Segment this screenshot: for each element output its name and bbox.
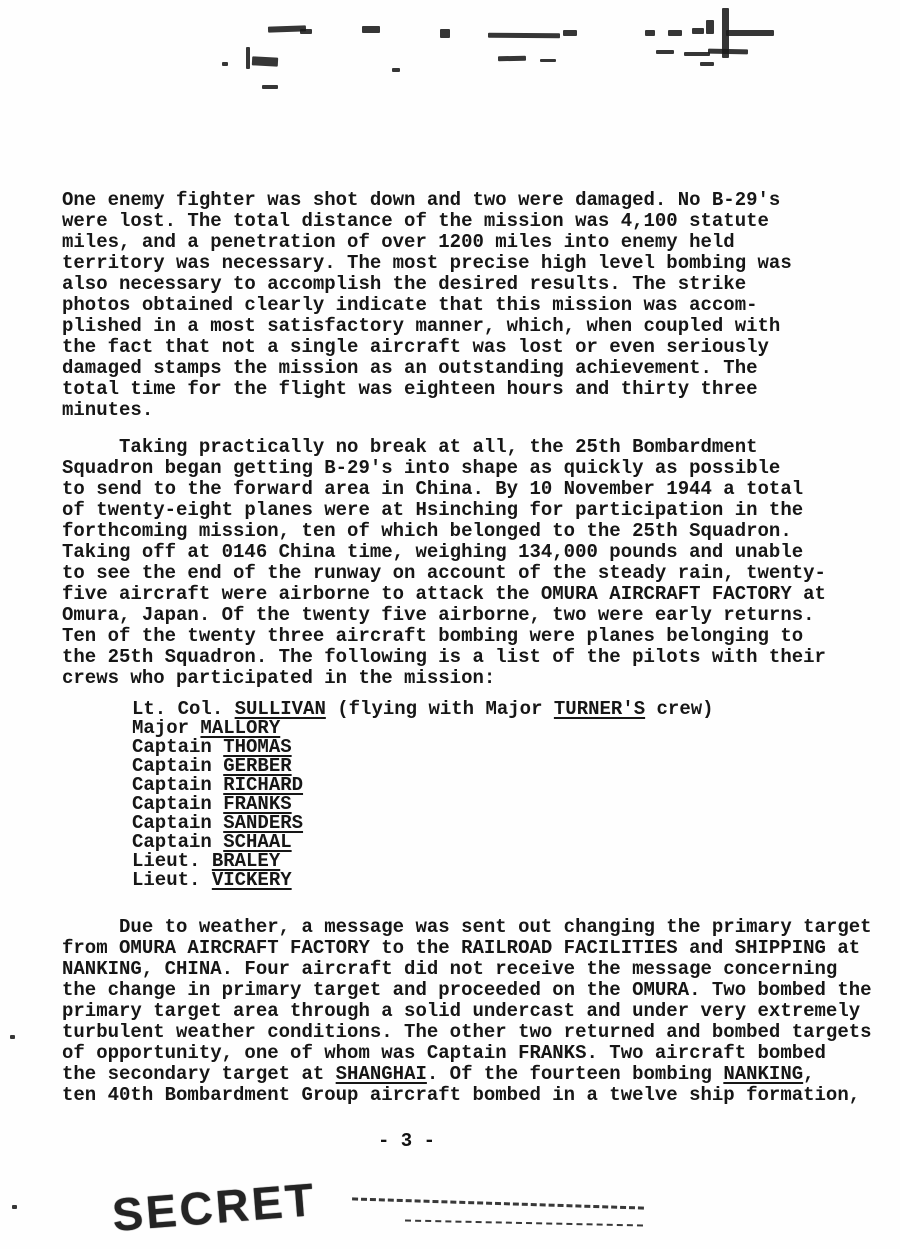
text-line: crews who participated in the mission:: [62, 668, 872, 689]
text-line: Ten of the twenty three aircraft bombing…: [62, 626, 872, 647]
text-line: Taking off at 0146 China time, weighing …: [62, 542, 872, 563]
text-line: the 25th Squadron. The following is a li…: [62, 647, 872, 668]
pen-scribble: [352, 1197, 644, 1209]
text-line: of twenty-eight planes were at Hsinching…: [62, 500, 872, 521]
text-line: plished in a most satisfactory manner, w…: [62, 316, 872, 337]
ink-smudge: [684, 52, 710, 56]
ink-smudge: [12, 1205, 17, 1209]
text-line: to see the end of the runway on account …: [62, 563, 872, 584]
ink-smudge: [488, 33, 560, 39]
ink-smudge: [668, 30, 682, 36]
paragraph-25th-squadron: Taking practically no break at all, the …: [62, 437, 872, 689]
document-page: One enemy fighter was shot down and two …: [0, 0, 900, 1249]
ink-smudge: [708, 49, 748, 55]
text-line: damaged stamps the mission as an outstan…: [62, 358, 872, 379]
text-line: to send to the forward area in China. By…: [62, 479, 872, 500]
ink-smudge: [300, 29, 312, 34]
text-line: of opportunity, one of whom was Captain …: [62, 1043, 872, 1064]
ink-smudge: [392, 68, 400, 72]
text-line: NANKING, CHINA. Four aircraft did not re…: [62, 959, 872, 980]
text-line: ten 40th Bombardment Group aircraft bomb…: [62, 1085, 872, 1106]
secret-stamp: SECRET: [110, 1172, 318, 1242]
page-number: - 3 -: [378, 1130, 435, 1152]
ink-smudge: [563, 30, 577, 36]
ink-smudge: [700, 62, 714, 66]
ink-smudge: [252, 56, 278, 66]
pilot-roster-line: Lieut. VICKERY: [132, 871, 872, 890]
text-line: forthcoming mission, ten of which belong…: [62, 521, 872, 542]
text-line: Omura, Japan. Of the twenty five airborn…: [62, 605, 872, 626]
paragraph-target-change: Due to weather, a message was sent out c…: [62, 917, 872, 1106]
text-line: Taking practically no break at all, the …: [62, 437, 872, 458]
text-line: the fact that not a single aircraft was …: [62, 337, 872, 358]
text-line: primary target area through a solid unde…: [62, 1001, 872, 1022]
ink-smudge: [706, 20, 714, 34]
text-line: from OMURA AIRCRAFT FACTORY to the RAILR…: [62, 938, 872, 959]
ink-smudge: [440, 29, 450, 38]
text-line: turbulent weather conditions. The other …: [62, 1022, 872, 1043]
ink-smudge: [692, 28, 704, 34]
text-line: the secondary target at SHANGHAI. Of the…: [62, 1064, 872, 1085]
ink-smudge: [726, 30, 774, 36]
text-line: the change in primary target and proceed…: [62, 980, 872, 1001]
ink-smudge: [362, 26, 380, 33]
pen-scribble: [405, 1220, 643, 1227]
ink-smudge: [540, 59, 556, 62]
text-line: were lost. The total distance of the mis…: [62, 211, 872, 232]
ink-smudge: [246, 47, 250, 69]
paragraph-mission-results: One enemy fighter was shot down and two …: [62, 190, 872, 421]
text-line: total time for the flight was eighteen h…: [62, 379, 872, 400]
text-line: minutes.: [62, 400, 872, 421]
document-body: One enemy fighter was shot down and two …: [62, 190, 872, 1106]
text-line: Due to weather, a message was sent out c…: [62, 917, 872, 938]
text-line: Squadron began getting B-29's into shape…: [62, 458, 872, 479]
text-line: miles, and a penetration of over 1200 mi…: [62, 232, 872, 253]
ink-smudge: [645, 30, 655, 36]
text-line: five aircraft were airborne to attack th…: [62, 584, 872, 605]
text-line: territory was necessary. The most precis…: [62, 253, 872, 274]
text-line: also necessary to accomplish the desired…: [62, 274, 872, 295]
ink-smudge: [222, 62, 228, 66]
ink-smudge: [498, 56, 526, 61]
ink-smudge: [10, 1035, 15, 1039]
text-line: One enemy fighter was shot down and two …: [62, 190, 872, 211]
pilot-roster: Lt. Col. SULLIVAN (flying with Major TUR…: [62, 700, 872, 890]
ink-smudge: [262, 85, 278, 89]
text-line: photos obtained clearly indicate that th…: [62, 295, 872, 316]
ink-smudge: [656, 50, 674, 54]
